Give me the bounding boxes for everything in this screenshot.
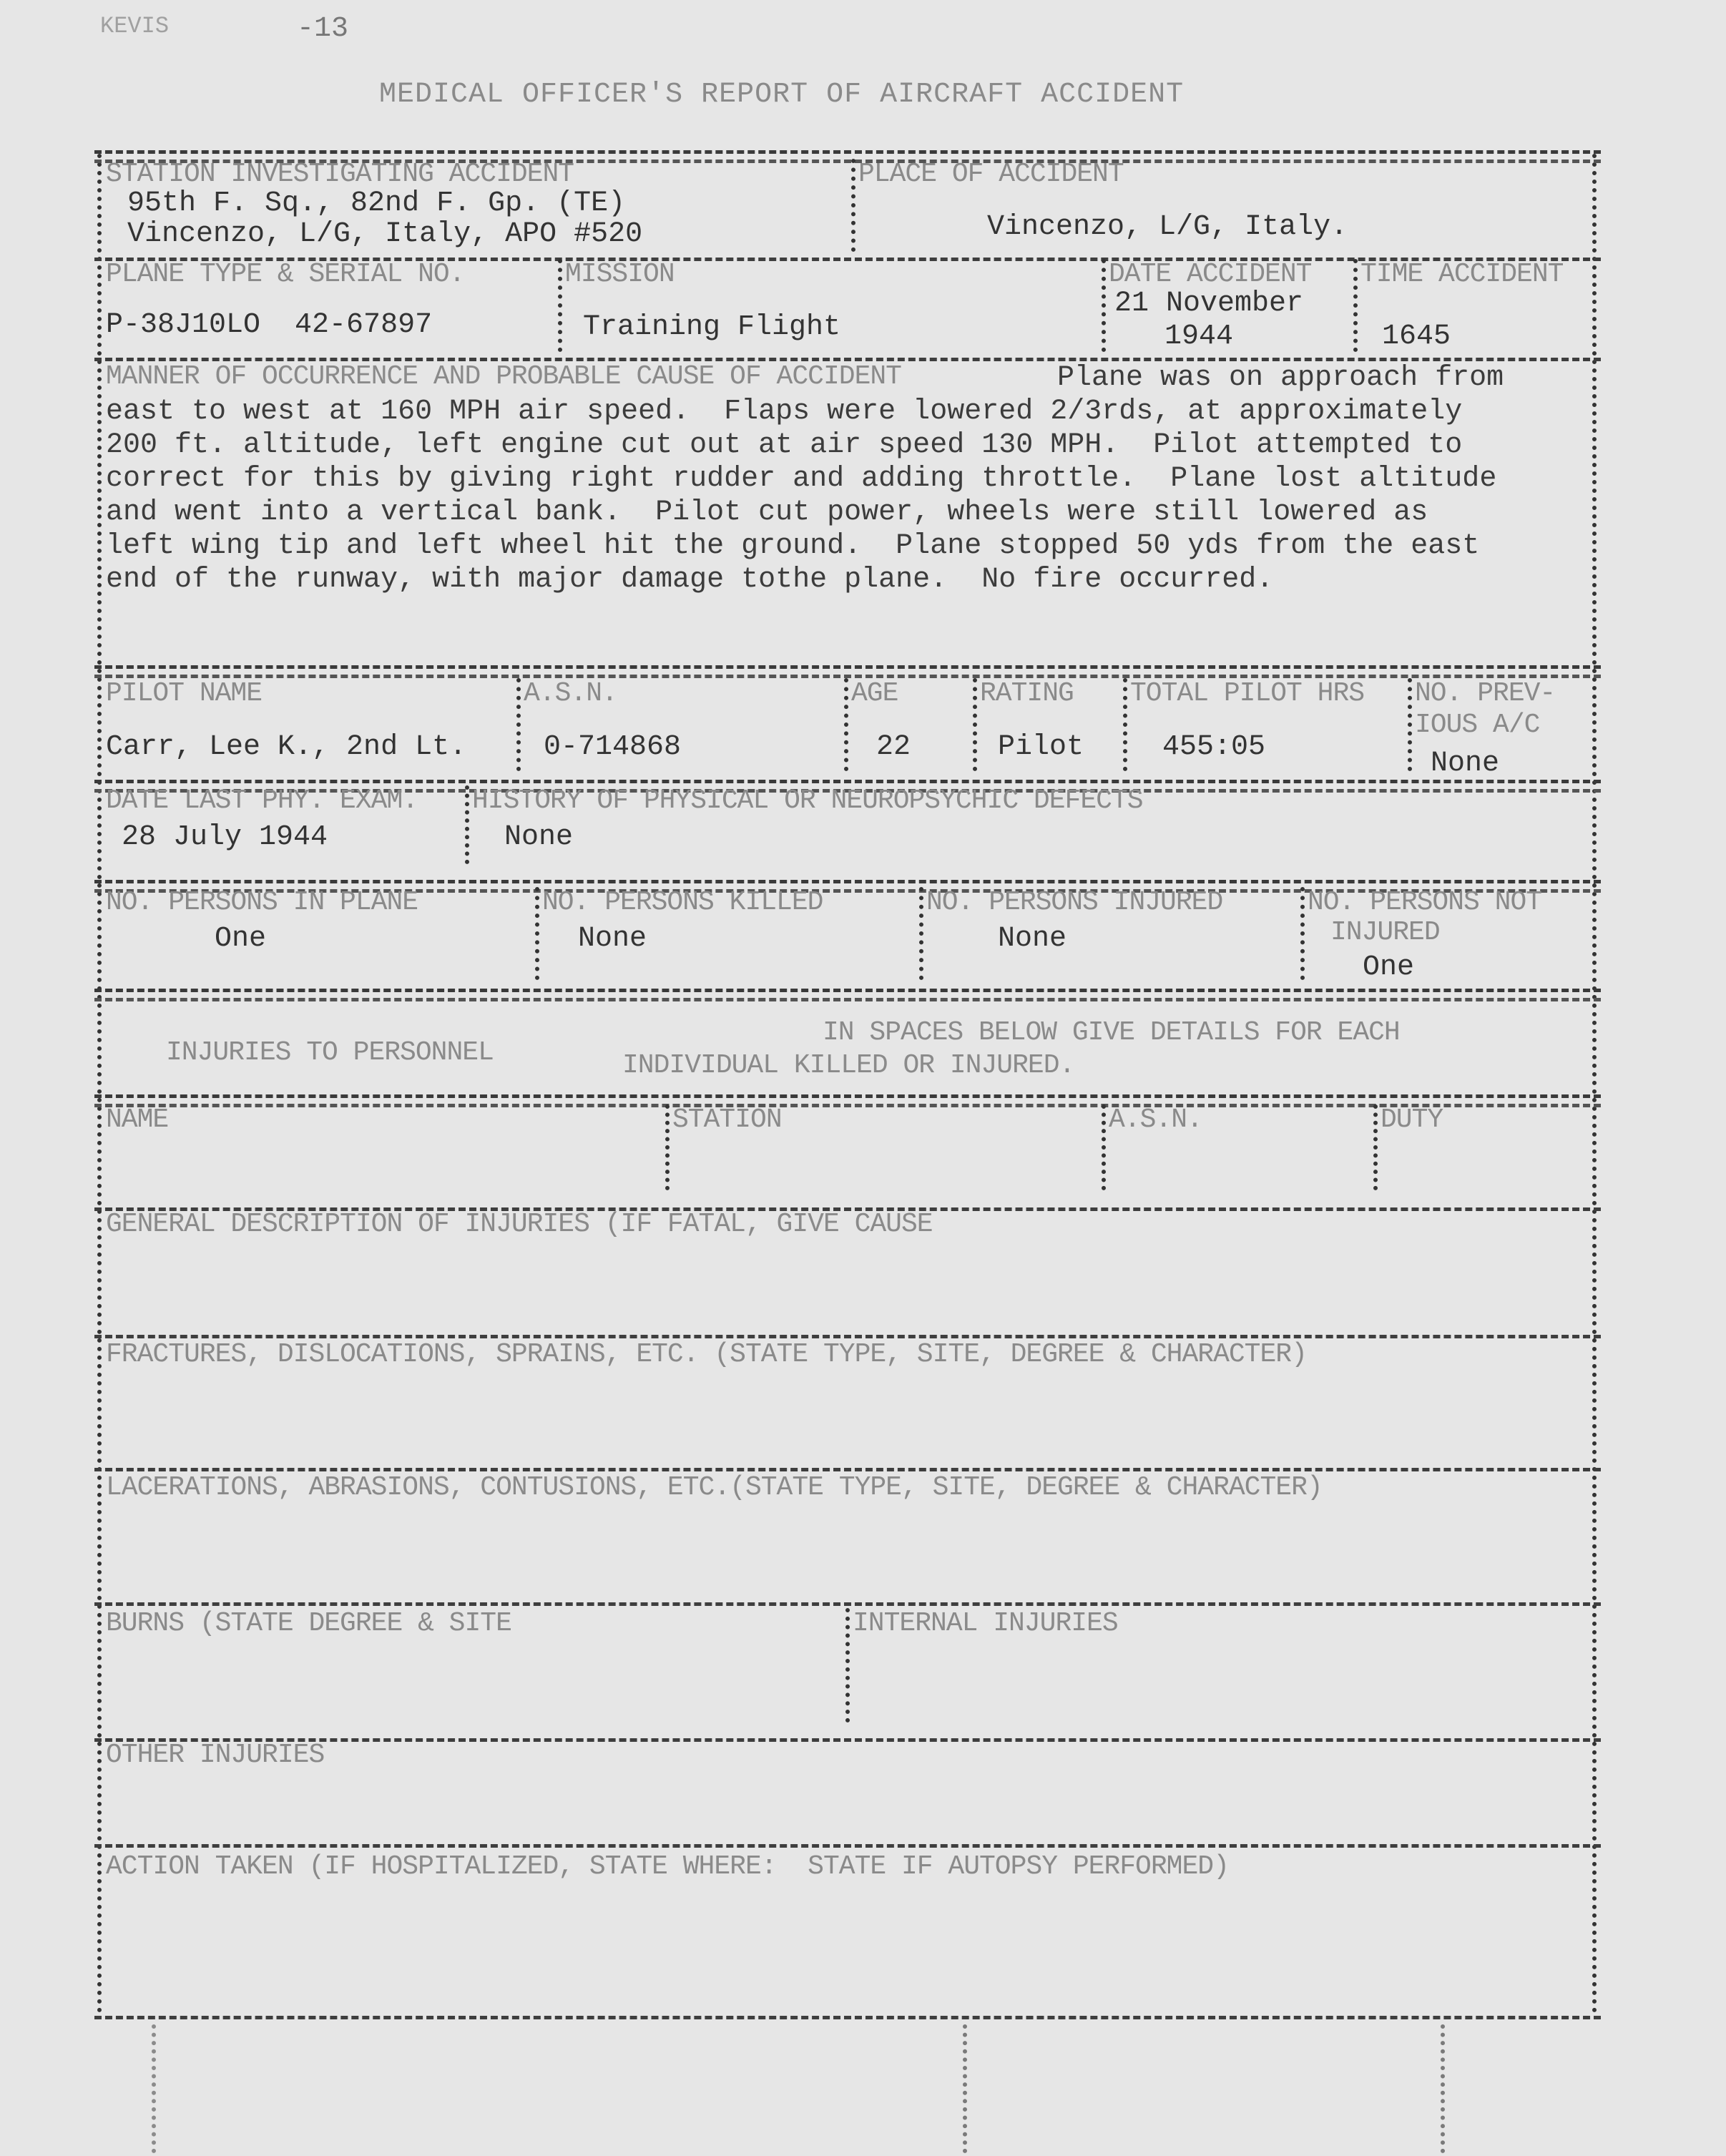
divider (1441, 2024, 1445, 2153)
rule (94, 989, 1601, 992)
persons-killed: None (578, 923, 647, 955)
top-rule (94, 150, 1601, 154)
divider (851, 159, 855, 252)
divider (1102, 1104, 1106, 1190)
burns-label: BURNS (STATE DEGREE & SITE (106, 1608, 511, 1639)
injuries-section-title: INJURIES TO PERSONNEL (166, 1037, 494, 1068)
prev-accidents-label-2: IOUS A/C (1415, 710, 1539, 740)
manner-line-3: correct for this by giving right rudder … (106, 462, 1496, 496)
pilot-name: Carr, Lee K., 2nd Lt. (106, 731, 466, 763)
persons-in-plane: One (215, 923, 266, 955)
divider (973, 678, 977, 771)
station-label: STATION INVESTIGATING ACCIDENT (106, 159, 574, 190)
right-border (1592, 154, 1597, 2014)
persons-not-injured-label-2: INJURED (1330, 917, 1440, 948)
date-accident-label: DATE ACCIDENT (1109, 259, 1311, 290)
last-physical-date: 28 July 1944 (122, 821, 328, 853)
divider (919, 887, 923, 980)
defects-history: None (504, 821, 573, 853)
station-line1: 95th F. Sq., 82nd F. Gp. (TE) (127, 187, 625, 220)
time-accident-value: 1645 (1382, 320, 1451, 353)
persons-not-injured-label-1: NO. PERSONS NOT (1308, 887, 1541, 918)
manner-label: MANNER OF OCCURRENCE AND PROBABLE CAUSE … (106, 361, 901, 392)
prev-accidents-label-1: NO. PREV- (1415, 678, 1555, 709)
divider (1300, 887, 1305, 980)
persons-injured: None (998, 923, 1067, 955)
mission-value: Training Flight (583, 311, 840, 343)
pilot-rating: Pilot (998, 731, 1084, 763)
rule (94, 1468, 1601, 1471)
pilot-hours: 455:05 (1162, 731, 1265, 763)
pilot-asn-label: A.S.N. (524, 678, 617, 709)
bottom-rule (94, 2016, 1601, 2019)
place-label: PLACE OF ACCIDENT (858, 159, 1124, 190)
divider (665, 1104, 670, 1190)
plane-value: P-38J10LO 42-67897 (106, 309, 432, 341)
place-value: Vincenzo, L/G, Italy. (987, 211, 1348, 243)
mission-label: MISSION (565, 259, 675, 290)
defects-history-label: HISTORY OF PHYSICAL OR NEUROPSYCHIC DEFE… (472, 785, 1143, 816)
last-physical-label: DATE LAST PHY. EXAM. (106, 785, 418, 816)
lacerations-label: LACERATIONS, ABRASIONS, CONTUSIONS, ETC.… (106, 1472, 1323, 1503)
persons-in-plane-label: NO. PERSONS IN PLANE (106, 887, 418, 918)
station-line2: Vincenzo, L/G, Italy, APO #520 (127, 218, 642, 250)
fractures-label: FRACTURES, DISLOCATIONS, SPRAINS, ETC. (… (106, 1339, 1307, 1370)
divider (516, 678, 521, 771)
divider (535, 887, 539, 980)
manner-line-6: end of the runway, with major damage tot… (106, 563, 1273, 597)
individual-name-label: NAME (106, 1104, 168, 1135)
plane-label: PLANE TYPE & SERIAL NO. (106, 259, 465, 290)
pilot-hours-label: TOTAL PILOT HRS (1130, 678, 1364, 709)
pilot-name-label: PILOT NAME (106, 678, 262, 709)
divider (465, 785, 469, 864)
general-description-label: GENERAL DESCRIPTION OF INJURIES (IF FATA… (106, 1209, 933, 1240)
individual-station-label: STATION (672, 1104, 782, 1135)
date-accident-line2: 1944 (1164, 320, 1233, 353)
persons-killed-label: NO. PERSONS KILLED (542, 887, 823, 918)
divider (844, 678, 848, 771)
manner-line-1: east to west at 160 MPH air speed. Flaps… (106, 395, 1462, 428)
divider (963, 2024, 967, 2153)
divider (845, 1608, 850, 1723)
rule (94, 1602, 1601, 1606)
pilot-asn: 0-714868 (544, 731, 681, 763)
action-taken-label: ACTION TAKEN (IF HOSPITALIZED, STATE WHE… (106, 1851, 1229, 1882)
divider (1102, 259, 1106, 352)
divider (1123, 678, 1127, 771)
rule (94, 880, 1601, 883)
rule (94, 1094, 1601, 1098)
divider (1408, 678, 1412, 771)
rule (94, 665, 1601, 669)
prev-accidents: None (1431, 748, 1499, 780)
manner-line-4: and went into a vertical bank. Pilot cut… (106, 496, 1428, 529)
divider (558, 259, 562, 352)
injuries-instruction-2: INDIVIDUAL KILLED OR INJURED. (622, 1050, 1074, 1081)
date-accident-line1: 21 November (1114, 288, 1303, 320)
rule (94, 1335, 1601, 1338)
corner-code: KEVIS (100, 13, 169, 39)
divider (152, 2024, 156, 2153)
document-title: MEDICAL OFFICER'S REPORT OF AIRCRAFT ACC… (379, 79, 1184, 111)
rule (94, 780, 1601, 783)
pilot-rating-label: RATING (980, 678, 1074, 709)
internal-injuries-label: INTERNAL INJURIES (853, 1608, 1118, 1639)
time-accident-label: TIME ACCIDENT (1360, 259, 1563, 290)
manner-line-0: Plane was on approach from (1057, 361, 1504, 395)
manner-line-5: left wing tip and left wheel hit the gro… (106, 529, 1479, 563)
pilot-age-label: AGE (851, 678, 898, 709)
persons-not-injured: One (1363, 951, 1414, 984)
other-injuries-label: OTHER INJURIES (106, 1740, 324, 1770)
divider (1353, 259, 1358, 352)
divider (1373, 1104, 1378, 1190)
manner-line-2: 200 ft. altitude, left engine cut out at… (106, 428, 1462, 462)
left-border (97, 154, 102, 2014)
injuries-instruction-1: IN SPACES BELOW GIVE DETAILS FOR EACH (823, 1017, 1400, 1048)
pilot-age: 22 (876, 731, 911, 763)
persons-injured-label: NO. PERSONS INJURED (926, 887, 1222, 918)
individual-duty-label: DUTY (1381, 1104, 1443, 1135)
rule (94, 1844, 1601, 1848)
corner-number: -13 (297, 13, 348, 45)
individual-asn-label: A.S.N. (1109, 1104, 1202, 1135)
